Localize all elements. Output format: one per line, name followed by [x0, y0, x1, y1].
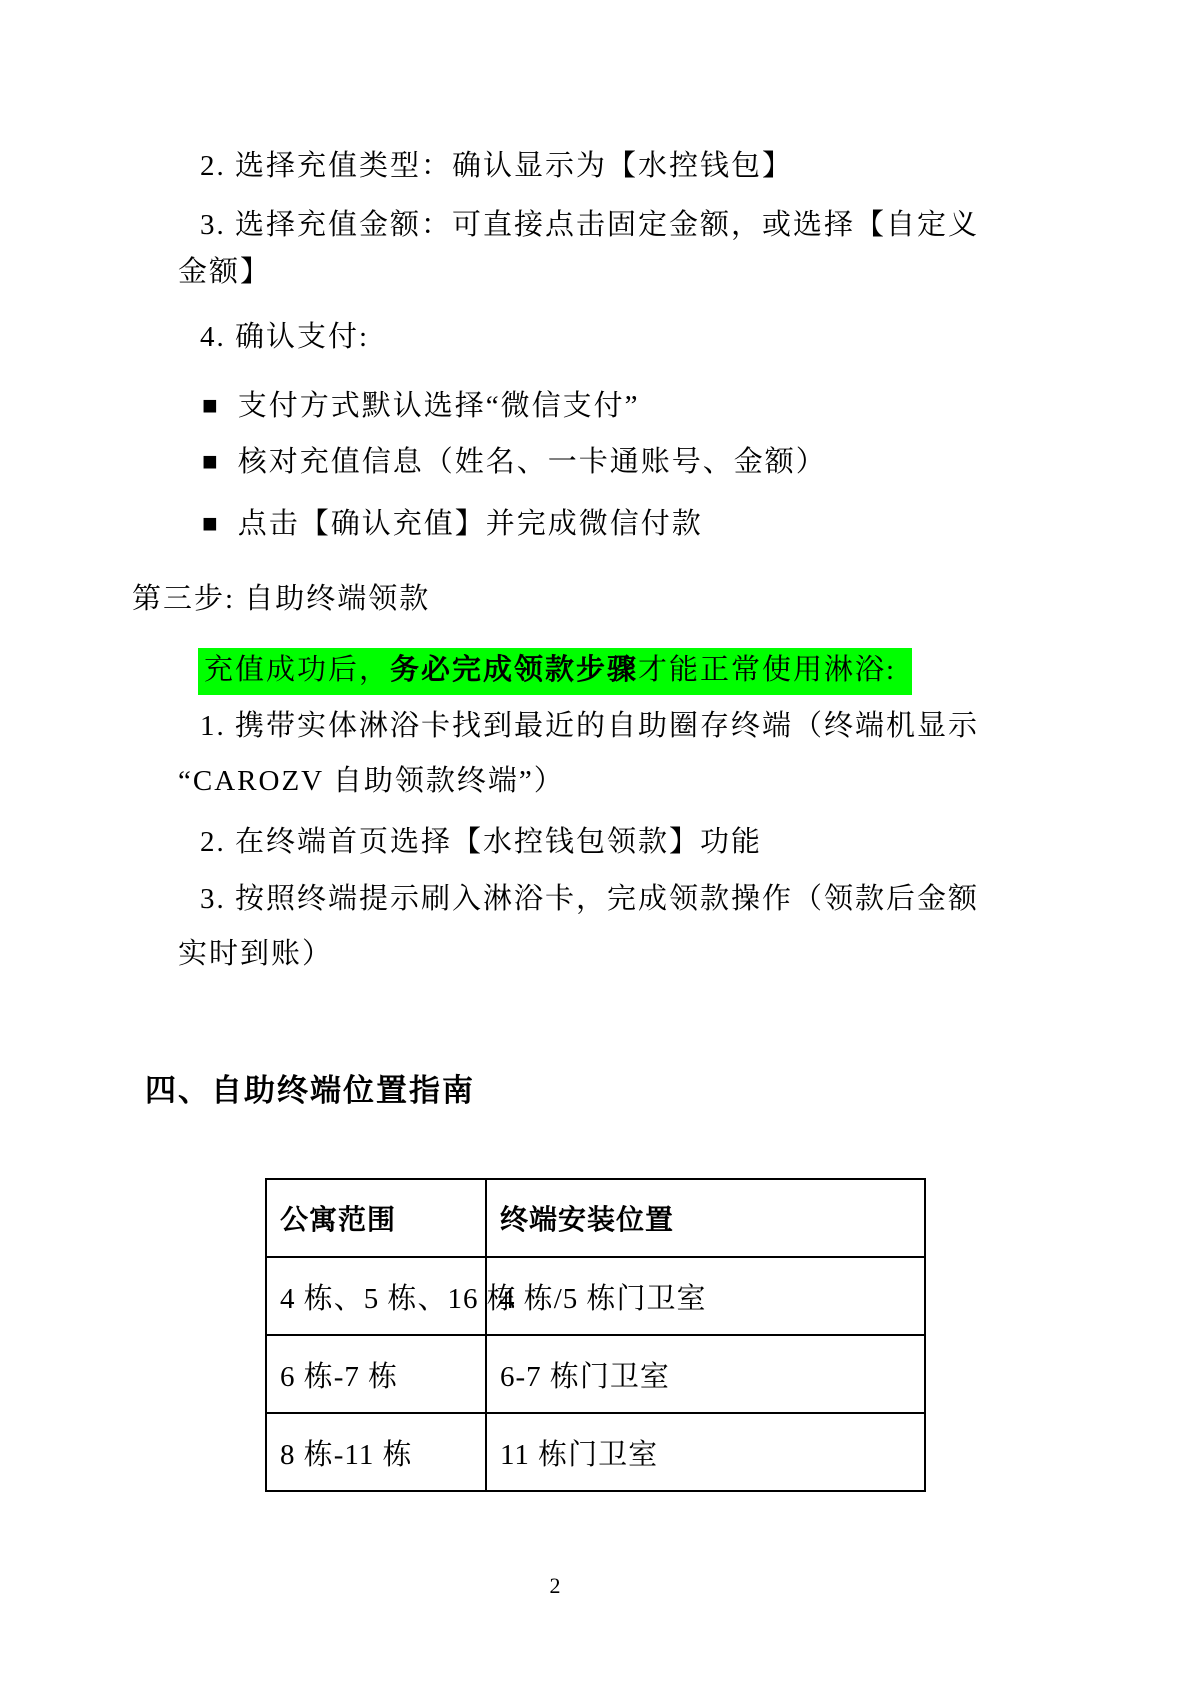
highlighted-notice: 充值成功后，务必完成领款步骤才能正常使用淋浴: — [198, 648, 912, 695]
table-cell-location-3: 11 栋门卫室 — [486, 1413, 925, 1491]
highlight-text-pre: 充值成功后， — [204, 654, 390, 686]
recharge-step-2-line: 2. 选择充值类型：确认显示为【水控钱包】 — [200, 146, 793, 186]
recharge-step-3-line-1: 3. 选择充值金额：可直接点击固定金额，或选择【自定义 — [200, 205, 979, 245]
square-bullet-icon: ■ — [202, 504, 220, 544]
table-row: 6 栋-7 栋 6-7 栋门卫室 — [266, 1335, 925, 1413]
withdraw-step-3-line-2: 实时到账） — [178, 934, 333, 974]
recharge-step-3-line-2: 金额】 — [178, 252, 271, 292]
withdraw-step-2-line: 2. 在终端首页选择【水控钱包领款】功能 — [200, 822, 762, 862]
withdraw-step-3-line-1: 3. 按照终端提示刷入淋浴卡，完成领款操作（领款后金额 — [200, 879, 979, 919]
section-four-heading: 四、自助终端位置指南 — [145, 1071, 475, 1111]
bullet-item-verify-info-text: 核对充值信息（姓名、一卡通账号、金额） — [238, 446, 827, 478]
withdraw-step-1-line-1: 1. 携带实体淋浴卡找到最近的自助圈存终端（终端机显示 — [200, 706, 979, 746]
bullet-item-verify-info: ■核对充值信息（姓名、一卡通账号、金额） — [202, 442, 827, 483]
table-cell-location-2: 6-7 栋门卫室 — [486, 1335, 925, 1413]
bullet-item-payment-method: ■支付方式默认选择“微信支付” — [202, 386, 639, 427]
table-row: 8 栋-11 栋 11 栋门卫室 — [266, 1413, 925, 1491]
table-cell-location-1: 4 栋/5 栋门卫室 — [486, 1257, 925, 1335]
square-bullet-icon: ■ — [202, 386, 220, 426]
step-three-heading: 第三步: 自助终端领款 — [132, 579, 430, 619]
table-cell-range-3: 8 栋-11 栋 — [266, 1413, 486, 1491]
recharge-step-4-line: 4. 确认支付: — [200, 317, 369, 357]
bullet-item-confirm-recharge-text: 点击【确认充值】并完成微信付款 — [238, 508, 703, 540]
highlight-text-post: 才能正常使用淋浴: — [638, 654, 896, 686]
table-row: 4 栋、5 栋、16 栋 4 栋/5 栋门卫室 — [266, 1257, 925, 1335]
table-cell-range-2: 6 栋-7 栋 — [266, 1335, 486, 1413]
table-header-row: 公寓范围 终端安装位置 — [266, 1179, 925, 1257]
table-header-terminal-location: 终端安装位置 — [486, 1179, 925, 1257]
table-header-apartment-range: 公寓范围 — [266, 1179, 486, 1257]
withdraw-step-1-line-2: “CAROZV 自助领款终端”） — [178, 761, 565, 801]
page-number: 2 — [0, 1572, 1110, 1600]
highlight-text-bold: 务必完成领款步骤 — [390, 654, 638, 686]
bullet-item-payment-method-text: 支付方式默认选择“微信支付” — [238, 390, 640, 422]
terminal-location-table: 公寓范围 终端安装位置 4 栋、5 栋、16 栋 4 栋/5 栋门卫室 6 栋-… — [265, 1178, 926, 1492]
document-page: 2. 选择充值类型：确认显示为【水控钱包】 3. 选择充值金额：可直接点击固定金… — [0, 0, 1191, 1684]
square-bullet-icon: ■ — [202, 442, 220, 482]
table-cell-range-1: 4 栋、5 栋、16 栋 — [266, 1257, 486, 1335]
bullet-item-confirm-recharge: ■点击【确认充值】并完成微信付款 — [202, 504, 703, 545]
